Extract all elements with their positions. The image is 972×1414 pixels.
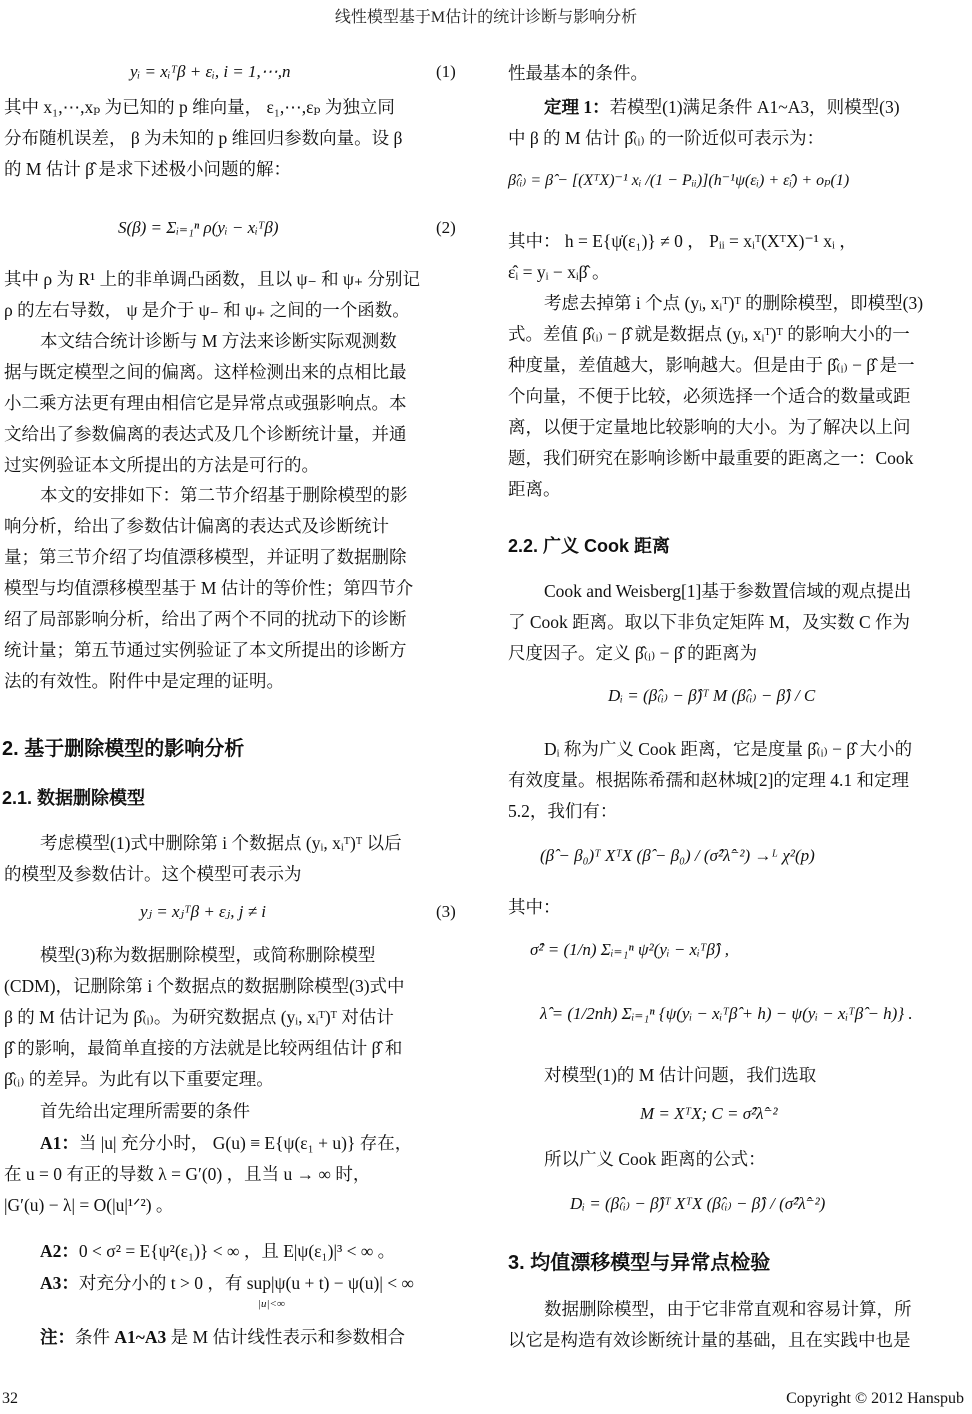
text-line: 式。差值 β̂₍ᵢ₎ − β̂ 就是数据点 (yᵢ, xᵢᵀ)ᵀ 的影响大小的一	[508, 319, 964, 350]
text-line: 量；第三节介绍了均值漂移模型，并证明了数据删除	[4, 542, 460, 573]
section-heading-2-1: 2.1. 数据删除模型	[2, 784, 145, 810]
paragraph: 首先给出定理所需要的条件	[4, 1096, 496, 1127]
equation-sigma-hat: σ̂² = (1/n) Σᵢ₌₁ⁿ ψ²(yᵢ − xᵢᵀβ̂) ,	[530, 940, 729, 960]
text-line: ρ 的左右导数， ψ 是介于 ψ₋ 和 ψ₊ 之间的一个函数。	[4, 295, 460, 326]
text-line: 统计量；第五节通过实例验证了本文所提出的诊断方	[4, 635, 460, 666]
paragraph: Dᵢ 称为广义 Cook 距离，它是度量 β̂₍ᵢ₎ − β̂ 大小的 有效度量…	[508, 734, 964, 827]
equation-2: S(β) = Σᵢ₌₁ⁿ ρ(yᵢ − xᵢᵀβ)	[118, 218, 279, 238]
text-line: 模型(3)称为数据删除模型，或简称删除模型	[4, 940, 460, 971]
paragraph: 本文的安排如下：第二节介绍基于删除模型的影 响分析，给出了参数估计偏离的表达式及…	[4, 480, 460, 697]
condition-label: A3：	[40, 1273, 79, 1293]
note: 注：条件 A1~A3 是 M 估计线性表示和参数相合	[4, 1322, 496, 1353]
text-line: β 的 M 估计记为 β̂₍ᵢ₎。为研究数据点 (yᵢ, xᵢᵀ)ᵀ 对估计	[4, 1002, 460, 1033]
paragraph: 考虑模型(1)式中删除第 i 个数据点 (yᵢ, xᵢᵀ)ᵀ 以后 的模型及参数…	[4, 828, 460, 890]
text-line: 有效度量。根据陈希孺和赵林城[2]的定理 4.1 和定理	[508, 765, 964, 796]
equation-1-number: (1)	[436, 62, 456, 82]
text-line: 题，我们研究在影响诊断中最重要的距离之一：Cook	[508, 443, 964, 474]
paragraph: 其中 ρ 为 R¹ 上的非单调凸函数，且以 ψ₋ 和 ψ₊ 分别记 ρ 的左右导…	[4, 264, 460, 326]
text-line: 其中 x₁,⋯,xₚ 为已知的 p 维向量， ε₁,⋯,εₚ 为独立同	[4, 92, 460, 123]
copyright: Copyright © 2012 Hanspub	[786, 1390, 964, 1408]
text: A1~A3	[114, 1327, 166, 1347]
text-line: 据与既定模型之间的偏离。这样检测出来的点相比最	[4, 357, 460, 388]
equation-2-number: (2)	[436, 218, 456, 238]
text-line: 考虑模型(1)式中删除第 i 个数据点 (yᵢ, xᵢᵀ)ᵀ 以后	[4, 828, 460, 859]
text-line: |G′(u) − λ| = O(|u|¹ᐟ²) 。	[4, 1190, 460, 1221]
paragraph: 数据删除模型，由于它非常直观和容易计算，所 以它是构造有效诊断统计量的基础，且在…	[508, 1294, 964, 1356]
section-heading-3: 3. 均值漂移模型与异常点检验	[508, 1246, 770, 1275]
condition-a3: A3：对充分小的 t > 0 ，有 sup|ψ(u + t) − ψ(u)| <…	[4, 1268, 496, 1299]
text-line: 数据删除模型，由于它非常直观和容易计算，所	[508, 1294, 964, 1325]
text-line: 绍了局部影响分析，给出了两个不同的扰动下的诊断	[4, 604, 460, 635]
text-line: 离，以便于定量地比较影响的大小。为了解决以上问	[508, 412, 964, 443]
text-line: 个向量，不便于比较，必须选择一个适合的数量或距	[508, 381, 964, 412]
section-heading-2: 2. 基于删除模型的影响分析	[2, 732, 244, 761]
running-header: 线性模型基于M估计的统计诊断与影响分析	[0, 4, 972, 27]
text-line: ε̂ᵢ = yᵢ − xᵢβ̂ 。	[508, 257, 964, 288]
paragraph: 性最基本的条件。	[508, 58, 964, 89]
text-line: 其中： h = E{ψ̇(ε₁)} ≠ 0 ， Pᵢᵢ = xᵢᵀ(XᵀX)⁻¹…	[508, 226, 964, 257]
paragraph: 对模型(1)的 M 估计问题，我们选取	[508, 1060, 972, 1091]
text-line: 距离。	[508, 474, 964, 505]
equation-1: yᵢ = xᵢᵀβ + εᵢ, i = 1,⋯,n	[130, 62, 291, 82]
sup-subscript: |u|<∞	[258, 1298, 285, 1310]
condition-label: A2：	[40, 1241, 79, 1261]
paragraph: 模型(3)称为数据删除模型，或简称删除模型 (CDM)，记删除第 i 个数据点的…	[4, 940, 460, 1095]
text-line: β̂₍ᵢ₎ 的差异。为此有以下重要定理。	[4, 1064, 460, 1095]
condition-a1: A1：当 |u| 充分小时， G(u) ≡ E{ψ(ε₁ + u)} 存在， 在…	[4, 1128, 460, 1221]
text-line: 当 |u| 充分小时， G(u) ≡ E{ψ(ε₁ + u)} 存在，	[79, 1133, 412, 1153]
paragraph: 考虑去掉第 i 个点 (yᵢ, xᵢᵀ)ᵀ 的删除模型，即模型(3) 式。差值 …	[508, 288, 964, 505]
paragraph: 本文结合统计诊断与 M 方法来诊断实际观测数 据与既定模型之间的偏离。这样检测出…	[4, 326, 460, 481]
paragraph: 其中： h = E{ψ̇(ε₁)} ≠ 0 ， Pᵢᵢ = xᵢᵀ(XᵀX)⁻¹…	[508, 226, 964, 288]
note-label: 注：	[40, 1327, 75, 1347]
text-line: 小二乘方法更有理由相信它是异常点或强影响点。本	[4, 388, 460, 419]
section-heading-2-2: 2.2. 广义 Cook 距离	[508, 532, 670, 558]
text-line: 尺度因子。定义 β̂₍ᵢ₎ − β̂ 的距离为	[508, 638, 964, 669]
text-line: Dᵢ 称为广义 Cook 距离，它是度量 β̂₍ᵢ₎ − β̂ 大小的	[508, 734, 964, 765]
text-line: Cook and Weisberg[1]基于参数置信域的观点提出	[508, 576, 964, 607]
paragraph: Cook and Weisberg[1]基于参数置信域的观点提出 了 Cook …	[508, 576, 964, 669]
text-line: 在 u = 0 有正的导数 λ = G′(0) ，且当 u → ∞ 时，	[4, 1159, 460, 1190]
text-line: 中 β 的 M 估计 β̂₍ᵢ₎ 的一阶近似可表示为：	[508, 123, 964, 154]
text: 是 M 估计线性表示和参数相合	[166, 1327, 405, 1347]
paragraph: 其中 x₁,⋯,xₚ 为已知的 p 维向量， ε₁,⋯,εₚ 为独立同 分布随机…	[4, 92, 460, 185]
text-line: 响分析，给出了参数估计偏离的表达式及诊断统计	[4, 511, 460, 542]
text-line: 的模型及参数估计。这个模型可表示为	[4, 859, 460, 890]
condition-a2: A2：0 < σ² = E{ψ²(ε₁)} < ∞ ，且 E|ψ(ε₁)|³ <…	[4, 1236, 496, 1267]
equation-3-number: (3)	[436, 902, 456, 922]
text: 条件	[75, 1327, 114, 1347]
paragraph: 所以广义 Cook 距离的公式：	[508, 1144, 972, 1175]
text-line: 种度量，差值越大，影响越大。但是由于 β̂₍ᵢ₎ − β̂ 是一	[508, 350, 964, 381]
text-line: 若模型(1)满足条件 A1~A3，则模型(3)	[610, 97, 900, 117]
equation-m-c: M = XᵀX; C = σ̂²λ̂⁻²	[640, 1104, 778, 1124]
equation-lambda-hat: λ̂ = (1/2nh) Σᵢ₌₁ⁿ {ψ(yᵢ − xᵢᵀβ̂ + h) − …	[540, 1004, 913, 1024]
text-line: 法的有效性。附件中是定理的证明。	[4, 666, 460, 697]
text-line: 以它是构造有效诊断统计量的基础，且在实践中也是	[508, 1325, 964, 1356]
condition-label: A1：	[40, 1133, 79, 1153]
equation-chi-square: (β̂ − β₀)ᵀ XᵀX (β̂ − β₀) / (σ̂²λ̂⁻²) →ᴸ …	[540, 846, 815, 866]
text-line: 模型与均值漂移模型基于 M 估计的等价性；第四节介	[4, 573, 460, 604]
text-line: (CDM)，记删除第 i 个数据点的数据删除模型(3)式中	[4, 971, 460, 1002]
theorem-label: 定理 1：	[544, 97, 610, 117]
theorem-1: 定理 1：若模型(1)满足条件 A1~A3，则模型(3) 中 β 的 M 估计 …	[508, 92, 964, 154]
equation-cook-distance: Dᵢ = (β̂₍ᵢ₎ − β̂)ᵀ M (β̂₍ᵢ₎ − β̂) / C	[608, 686, 815, 706]
text-line: 过实例验证本文所提出的方法是可行的。	[4, 450, 460, 481]
text-line: 文给出了参数偏离的表达式及几个诊断统计量，并通	[4, 419, 460, 450]
text-line: β̂ 的影响，最简单直接的方法就是比较两组估计 β̂ 和	[4, 1033, 460, 1064]
page-number: 32	[2, 1390, 18, 1408]
text-line: 5.2，我们有：	[508, 796, 964, 827]
text-line: 本文结合统计诊断与 M 方法来诊断实际观测数	[4, 326, 460, 357]
text-line: 考虑去掉第 i 个点 (yᵢ, xᵢᵀ)ᵀ 的删除模型，即模型(3)	[508, 288, 964, 319]
text-line: 分布随机误差， β 为未知的 p 维回归参数向量。设 β	[4, 123, 460, 154]
equation-3: yⱼ = xⱼᵀβ + εⱼ, j ≠ i	[140, 902, 266, 922]
text-line: 了 Cook 距离。取以下非负定矩阵 M，及实数 C 作为	[508, 607, 964, 638]
text-line: 对充分小的 t > 0 ，有 sup|ψ(u + t) − ψ(u)| < ∞	[79, 1273, 414, 1293]
text-line: 其中 ρ 为 R¹ 上的非单调凸函数，且以 ψ₋ 和 ψ₊ 分别记	[4, 264, 460, 295]
text-line: 0 < σ² = E{ψ²(ε₁)} < ∞ ，且 E|ψ(ε₁)|³ < ∞ …	[79, 1241, 395, 1261]
text-line: 的 M 估计 β̂ 是求下述极小问题的解：	[4, 154, 460, 185]
text-line: 本文的安排如下：第二节介绍基于删除模型的影	[4, 480, 460, 511]
paragraph: 其中：	[508, 892, 964, 923]
equation-cook-distance-final: Dᵢ = (β̂₍ᵢ₎ − β̂)ᵀ XᵀX (β̂₍ᵢ₎ − β̂) / (σ…	[570, 1194, 825, 1214]
theorem-1-equation: β̂₍ᵢ₎ = β̂ − [(XᵀX)⁻¹ xᵢ /(1 − Pᵢᵢ)](h⁻¹…	[508, 170, 849, 190]
